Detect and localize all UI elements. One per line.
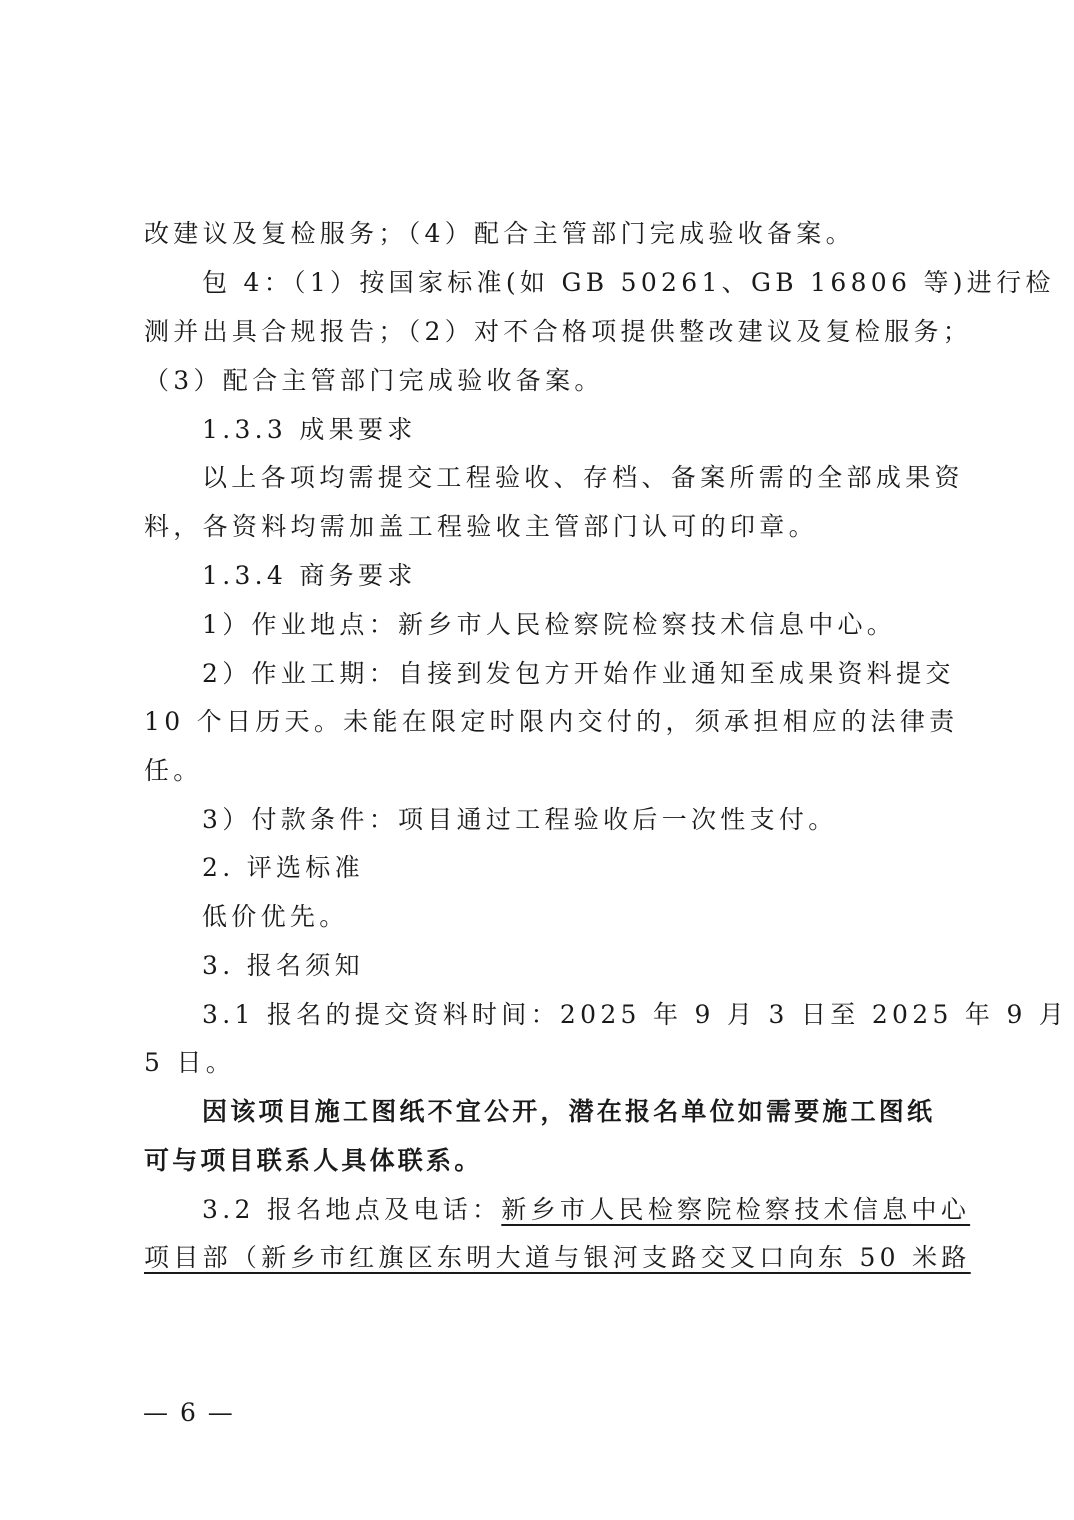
registration-location: 新乡市人民检察院检察技术信息中心 <box>501 1195 970 1224</box>
text-line: 任。 <box>144 756 203 786</box>
text-line: 2）作业工期：自接到发包方开始作业通知至成果资料提交 <box>202 659 955 689</box>
text-line: 3.2 报名地点及电话：新乡市人民检察院检察技术信息中心 <box>202 1195 970 1225</box>
text-line: 1）作业地点：新乡市人民检察院检察技术信息中心。 <box>202 610 896 640</box>
section-heading: 2. 评选标准 <box>202 853 364 883</box>
section-heading: 1.3.3 成果要求 <box>202 415 417 445</box>
text-line: 改建议及复检服务；（4）配合主管部门完成验收备案。 <box>144 219 855 249</box>
registration-address: 项目部（新乡市红旗区东明大道与银河支路交叉口向东 50 米路 <box>144 1243 971 1272</box>
section-heading: 3. 报名须知 <box>202 951 364 981</box>
text-line: 项目部（新乡市红旗区东明大道与银河支路交叉口向东 50 米路 <box>144 1243 971 1273</box>
text-line: 测并出具合规报告；（2）对不合格项提供整改建议及复检服务； <box>144 317 972 347</box>
text-line: 3）付款条件：项目通过工程验收后一次性支付。 <box>202 805 838 835</box>
text-line: 5 日。 <box>144 1048 235 1078</box>
text-line: 以上各项均需提交工程验收、存档、备案所需的全部成果资 <box>202 463 964 493</box>
text-line: 10 个日历天。未能在限定时限内交付的，须承担相应的法律责 <box>144 707 958 737</box>
bold-notice-line: 因该项目施工图纸不宜公开，潜在报名单位如需要施工图纸 <box>202 1097 935 1127</box>
text-line: 料，各资料均需加盖工程验收主管部门认可的印章。 <box>144 512 818 542</box>
page-number: — 6 — <box>143 1398 235 1427</box>
text-line: 低价优先。 <box>202 902 349 932</box>
text-line: （3）配合主管部门完成验收备案。 <box>144 366 604 396</box>
registration-label: 3.2 报名地点及电话： <box>202 1195 501 1224</box>
text-line: 3.1 报名的提交资料时间：2025 年 9 月 3 日至 2025 年 9 月 <box>202 1000 1068 1030</box>
text-line: 包 4：（1）按国家标准(如 GB 50261、GB 16806 等)进行检 <box>202 268 1055 298</box>
section-heading: 1.3.4 商务要求 <box>202 561 417 591</box>
bold-notice-line: 可与项目联系人具体联系。 <box>144 1146 482 1176</box>
